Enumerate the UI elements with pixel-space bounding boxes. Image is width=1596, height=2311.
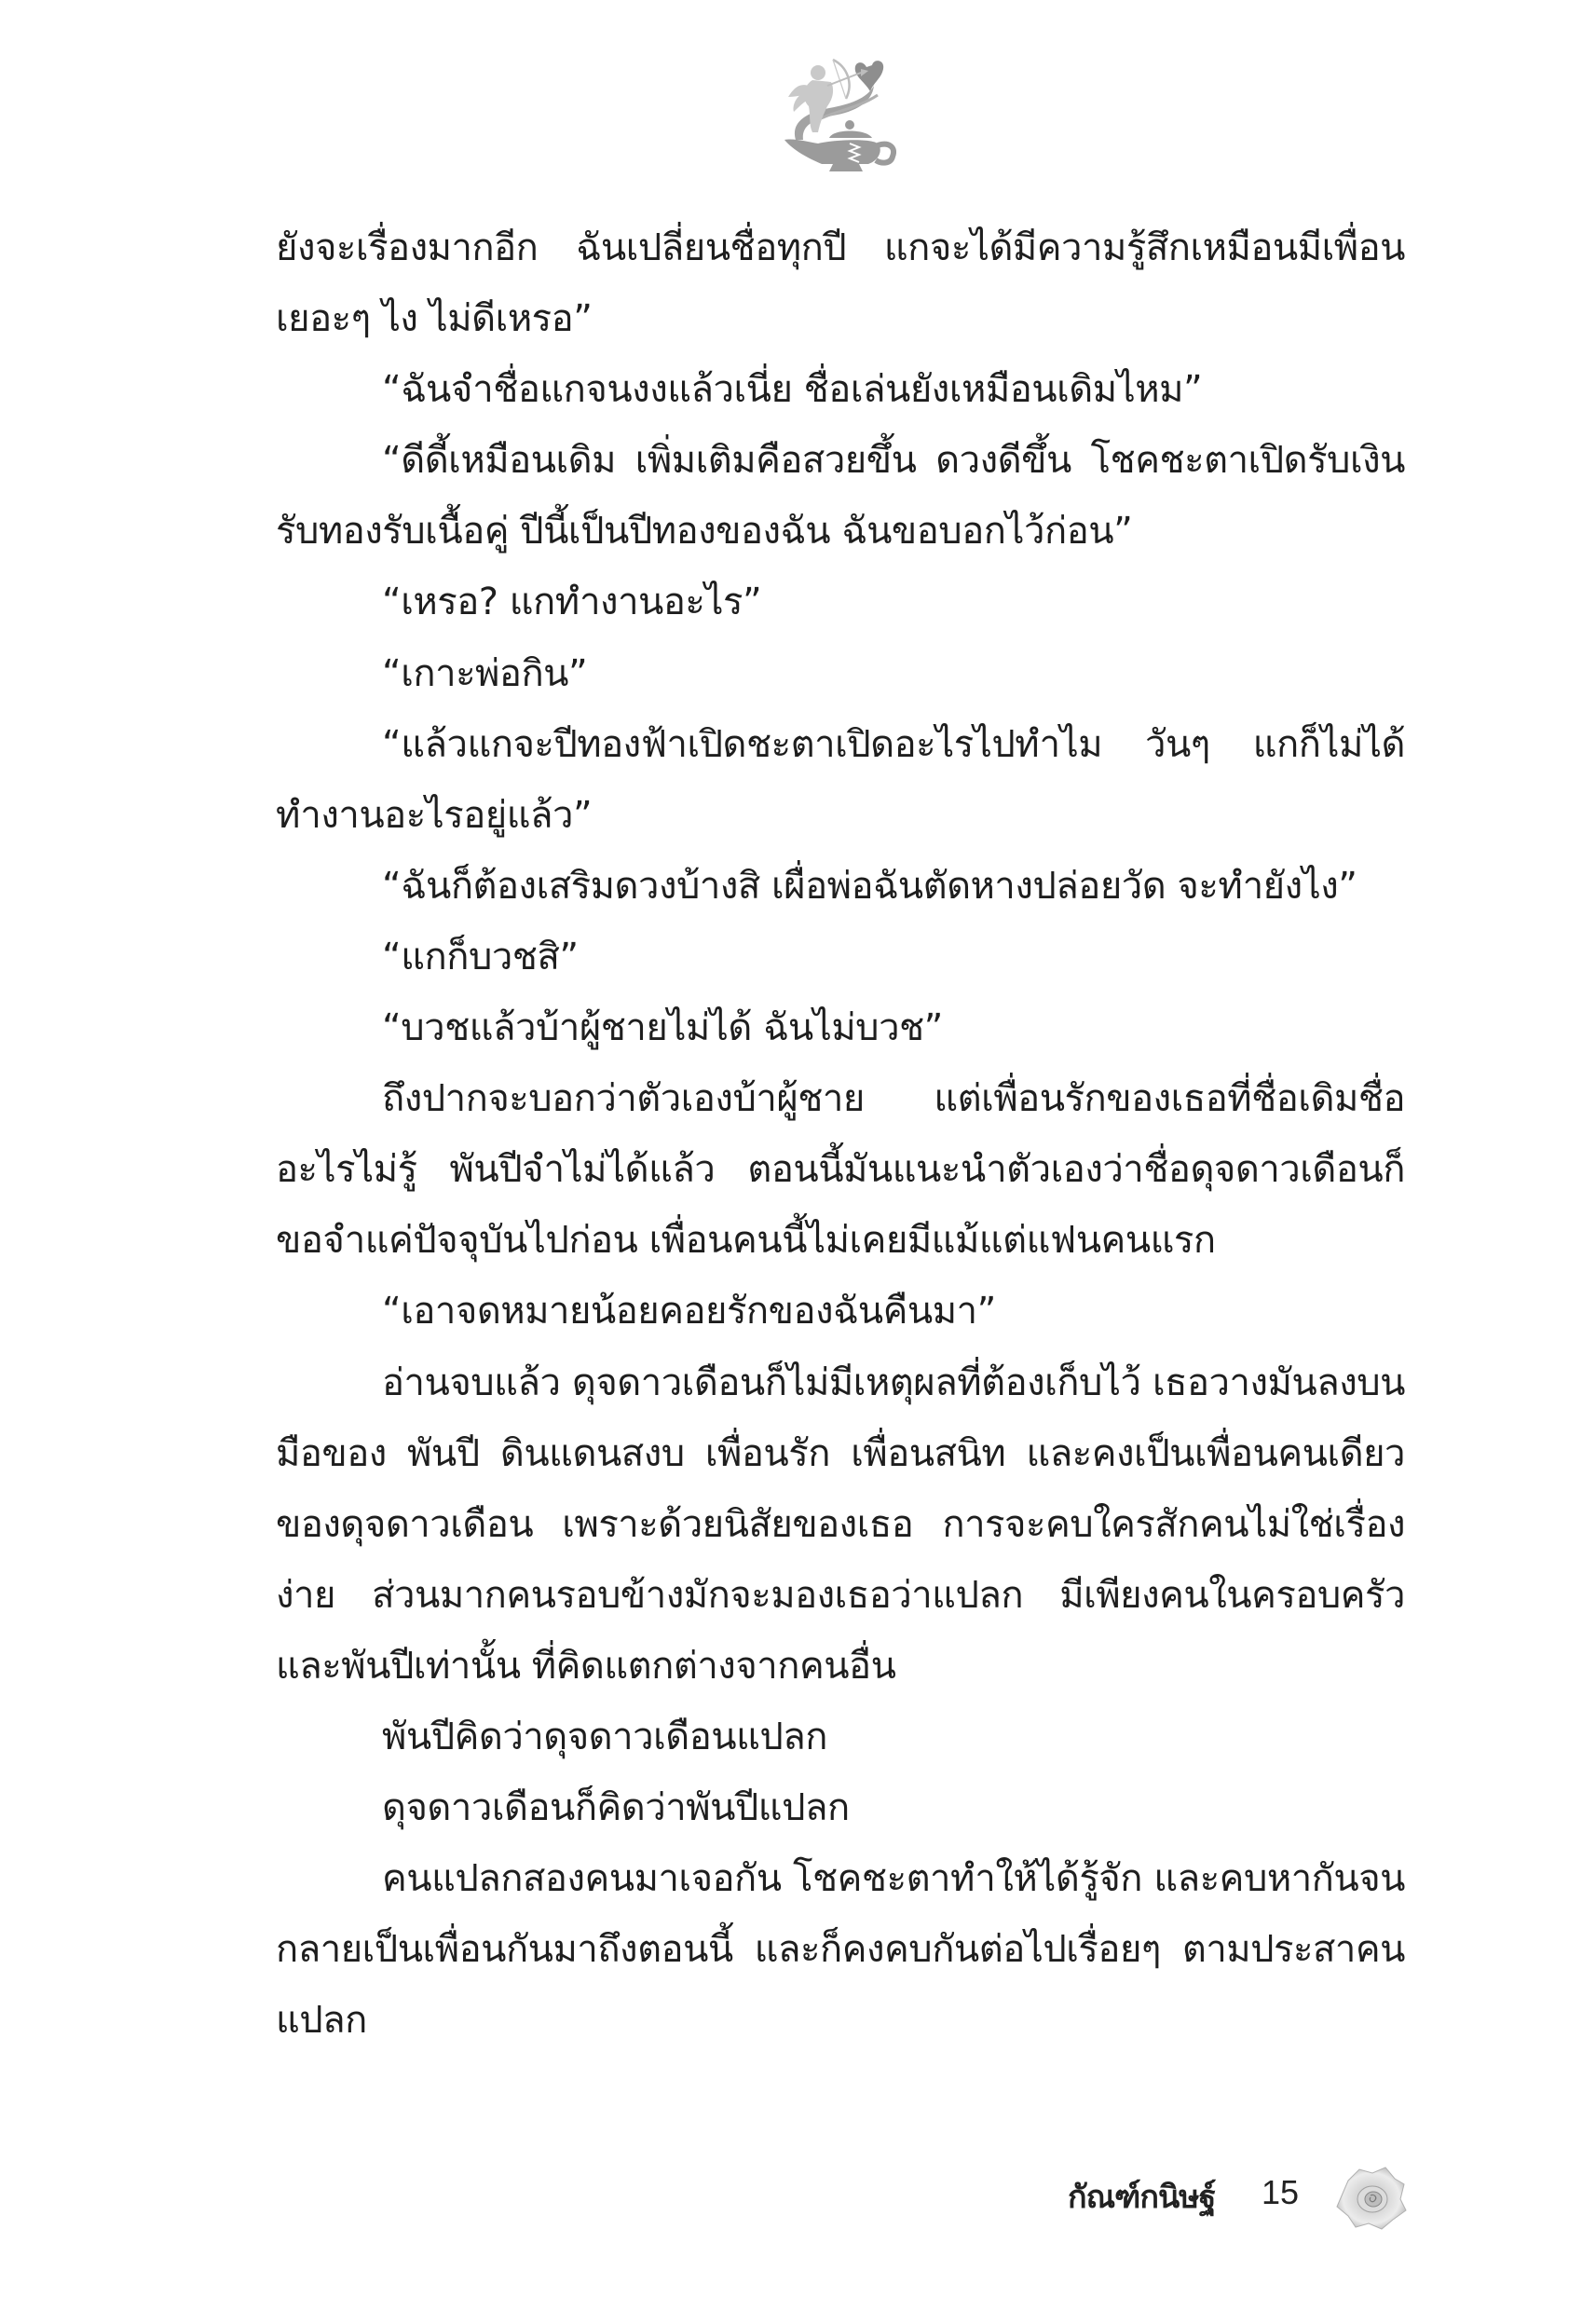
book-title: กัณฑ์กนิษฐ์ — [1068, 2171, 1215, 2222]
paragraph: “เอาจดหมายน้อยคอยรักของฉันคืนมา” — [276, 1276, 1405, 1347]
paragraph: “เหรอ? แกทำงานอะไร” — [276, 567, 1405, 637]
paragraph: ดุจดาวเดือนก็คิดว่าพันปีแปลก — [276, 1772, 1405, 1843]
paragraph: “เกาะพ่อกิน” — [276, 638, 1405, 709]
paragraph: อ่านจบแล้ว ดุจดาวเดือนก็ไม่มีเหตุผลที่ต้… — [276, 1347, 1405, 1702]
page-footer: กัณฑ์กนิษฐ์ 15 — [1025, 2160, 1416, 2235]
paragraph: “ฉันจำชื่อแกจนงงแล้วเนี่ย ชื่อเล่นยังเหม… — [276, 354, 1405, 425]
paragraph: พันปีคิดว่าดุจดาวเดือนแปลก — [276, 1702, 1405, 1772]
paragraph: “แกก็บวชสิ” — [276, 922, 1405, 992]
paragraph: “บวชแล้วบ้าผู้ชายไม่ได้ ฉันไม่บวช” — [276, 992, 1405, 1063]
magic-lamp-cupid-icon — [781, 54, 896, 173]
heart-icon — [855, 61, 883, 91]
paragraph: “ดีดี้เหมือนเดิม เพิ่มเติมคือสวยขึ้น ดวง… — [276, 425, 1405, 567]
paragraph: “ฉันก็ต้องเสริมดวงบ้างสิ เผื่อพ่อฉันตัดห… — [276, 851, 1405, 922]
paragraph: “แล้วแกจะปีทองฟ้าเปิดชะตาเปิดอะไรไปทำไม … — [276, 709, 1405, 851]
paragraph: ถึงปากจะบอกว่าตัวเองบ้าผู้ชาย แต่เพื่อนร… — [276, 1063, 1405, 1276]
page-number: 15 — [1262, 2173, 1299, 2212]
paragraph: คนแปลกสองคนมาเจอกัน โชคชะตาทำให้ได้รู้จั… — [276, 1843, 1405, 2056]
white-rose-icon — [1335, 2164, 1408, 2231]
page-body: ยังจะเรื่องมากอีก ฉันเปลี่ยนชื่อทุกปี แก… — [276, 212, 1405, 2056]
paragraph: ยังจะเรื่องมากอีก ฉันเปลี่ยนชื่อทุกปี แก… — [276, 212, 1405, 354]
